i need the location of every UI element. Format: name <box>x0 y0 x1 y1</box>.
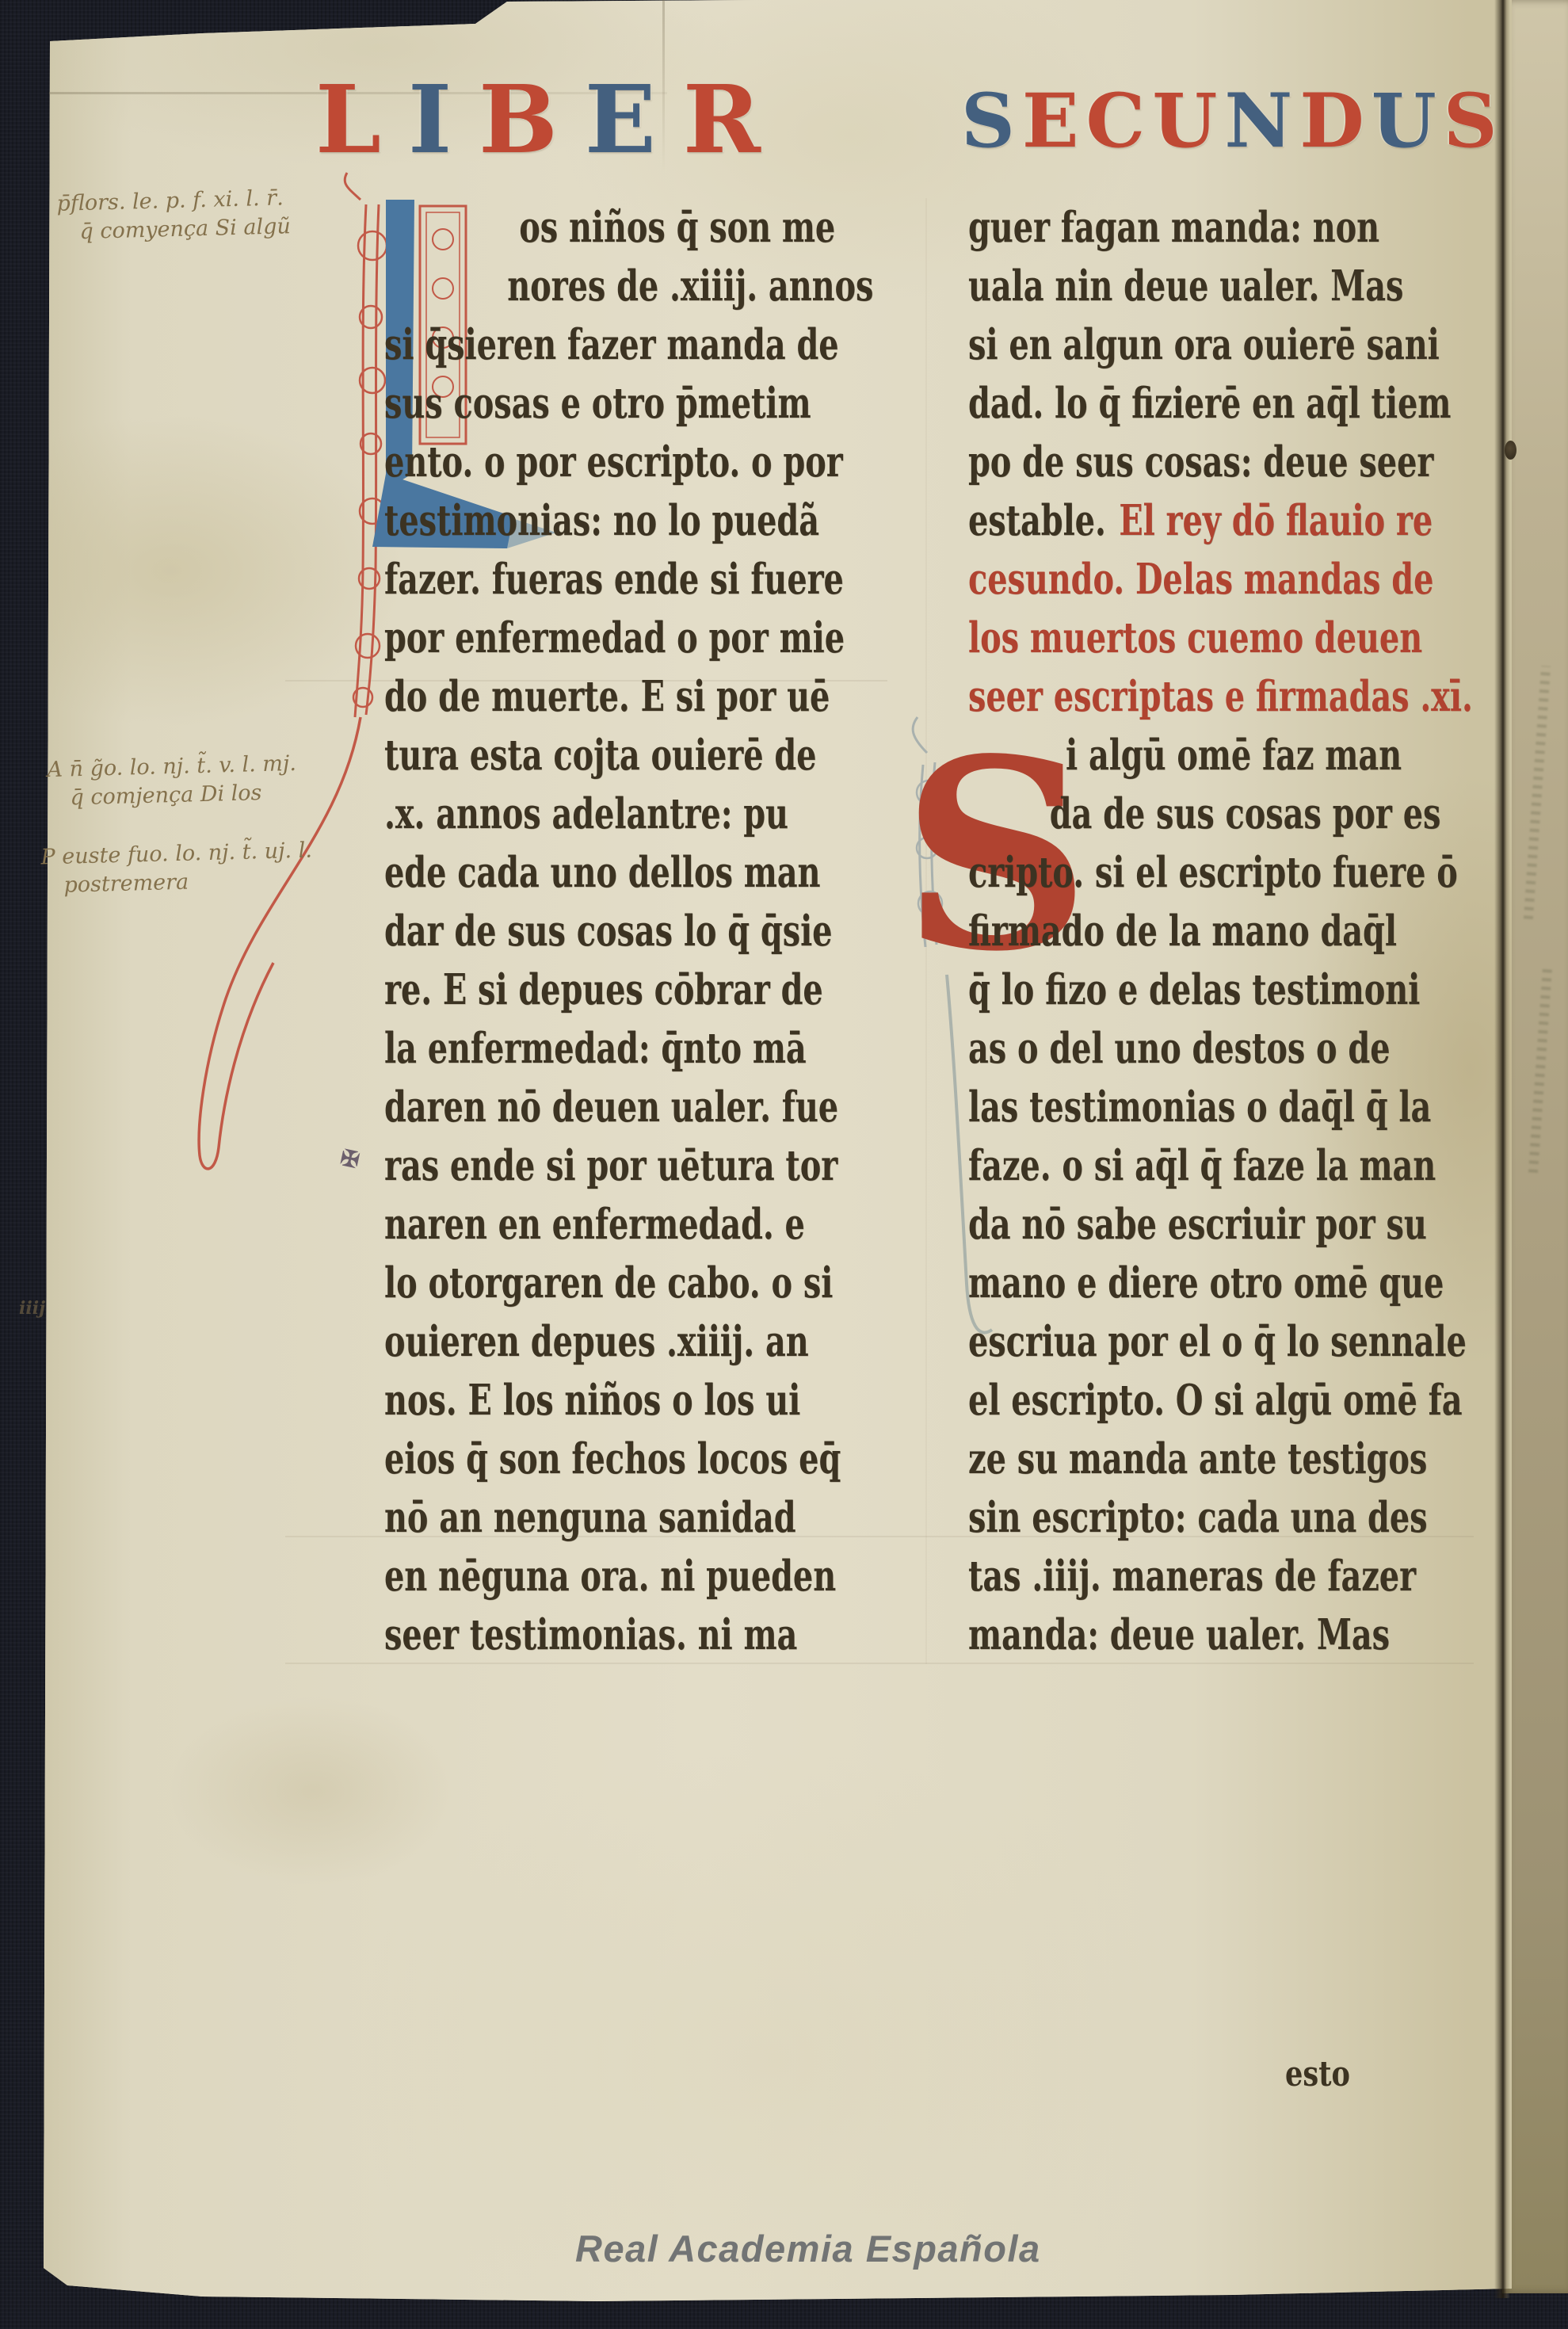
watermark-label: Real Academia Española <box>575 2227 1041 2270</box>
manuscript-line: da nō sabe escriuir por su <box>968 1195 1360 1254</box>
manuscript-line: .x. annos adelantre: pu <box>384 785 800 843</box>
manuscript-line: as o del uno destos o de <box>968 1019 1360 1078</box>
manuscript-line: do de muerte. E si por uē <box>384 667 800 726</box>
header-letter: S <box>1444 84 1497 158</box>
right-text-column: guer fagan manda: nonuala nin deue ualer… <box>968 198 1491 1664</box>
header-letter: L <box>315 73 381 166</box>
manuscript-line: tas .iiij. maneras de fazer <box>968 1547 1360 1605</box>
manuscript-line: si q̄sieren fazer manda de <box>384 315 800 374</box>
manuscript-line: nos. E los niños o los ui <box>384 1371 800 1430</box>
manuscript-line: po de sus cosas: deue seer <box>968 433 1360 491</box>
manuscript-line-mixed: estable.El rey dō flauio re <box>968 491 1360 550</box>
manuscript-line: ouieren depues .xiiij. an <box>384 1312 800 1371</box>
header-letter: D <box>1299 84 1364 158</box>
manuscript-photo: S LIBER SECUNDUS p̄flors. le. p. f. xi. … <box>0 0 1568 2329</box>
manuscript-line: naren en enfermedad. e <box>384 1195 800 1254</box>
header-letter: R <box>683 73 761 166</box>
manuscript-line: sin escripto: cada una des <box>968 1488 1360 1547</box>
manuscript-line: i algū omē faz man <box>968 726 1360 785</box>
manuscript-line: testimonias: no lo puedã <box>384 491 800 550</box>
manuscript-line: manda: deue ualer. Mas <box>968 1605 1360 1664</box>
header-letter: E <box>585 73 656 166</box>
manuscript-line: fazer. fueras ende si fuere <box>384 550 800 609</box>
manuscript-line: uala nin deue ualer. Mas <box>968 257 1360 315</box>
manuscript-line: escriua por el o q̄ lo sennale <box>968 1312 1360 1371</box>
header-letter: S <box>961 84 1015 158</box>
manuscript-line: por enfermedad o por mie <box>384 609 800 667</box>
mixed-line-black-segment: estable. <box>968 496 1106 545</box>
header-letter: E <box>1022 84 1079 158</box>
header-letter: U <box>1152 84 1217 158</box>
header-liber: LIBER <box>315 73 761 166</box>
manuscript-line: mano e diere otro omē que <box>968 1254 1360 1312</box>
manuscript-line: da de sus cosas por es <box>968 785 1360 843</box>
manuscript-line: faze. o si aq̄l q̄ faze la man <box>968 1136 1360 1195</box>
rubric-line: seer escriptas e firmadas .xī. <box>968 667 1360 726</box>
manuscript-line: el escripto. O si algū omē fa <box>968 1371 1360 1430</box>
manuscript-line: eios q̄ son fechos locos eq̄ <box>384 1430 800 1488</box>
header-letter: U <box>1372 84 1436 158</box>
margin-annotation: A n̄ g̃o. lo. nj. t̃. v. l. mj.q̄ comjen… <box>47 750 297 813</box>
header-letter: N <box>1224 84 1292 158</box>
manuscript-line: las testimonias o daq̄l q̄ la <box>968 1078 1360 1136</box>
manuscript-line: la enfermedad: q̄nto mā <box>384 1019 800 1078</box>
manuscript-line: ze su manda ante testigos <box>968 1430 1360 1488</box>
margin-annotation: P euste fuo. lo. nj. t̃. uj. l.postremer… <box>40 837 313 901</box>
margin-mark: iiij <box>19 1298 45 1319</box>
wormhole <box>1505 441 1516 460</box>
left-text-column: os niños q̄ son menores de .xiiij. annos… <box>384 198 939 1664</box>
page-gutter-shadow <box>1494 0 1510 2298</box>
manuscript-line: firmado de la mano daq̄l <box>968 902 1360 960</box>
manuscript-line: dad. lo q̄ fizierē en aq̄l tiem <box>968 374 1360 433</box>
catchword: esto <box>1285 2054 1350 2094</box>
manuscript-line: seer testimonias. ni ma <box>384 1605 800 1664</box>
manuscript-line: si en algun ora ouierē sani <box>968 315 1360 374</box>
manuscript-line: q̄ lo fizo e delas testimoni <box>968 960 1360 1019</box>
manuscript-line: en nēguna ora. ni pueden <box>384 1547 800 1605</box>
header-letter: B <box>479 73 558 166</box>
margin-annotation: p̄flors. le. p. f. xi. l. r̄.q̄ comyença… <box>56 184 291 247</box>
rubric-line: cesundo. Delas mandas de <box>968 550 1360 609</box>
manuscript-line: nō an nenguna sanidad <box>384 1488 800 1547</box>
annotation-line: q̄ comyença Si algũ <box>57 212 291 247</box>
rubric-line: los muertos cuemo deuen <box>968 609 1360 667</box>
manuscript-line: dar de sus cosas lo q̄ q̄sie <box>384 902 800 960</box>
header-letter: C <box>1086 84 1146 158</box>
manuscript-line: nores de .xiiij. annos <box>384 257 800 315</box>
manuscript-line: ede cada uno dellos man <box>384 843 800 902</box>
manuscript-line: cripto. si el escripto fuere ō <box>968 843 1360 902</box>
header-letter: I <box>408 73 452 166</box>
manuscript-line: os niños q̄ son me <box>384 198 800 257</box>
mixed-line-red-segment: El rey dō flauio re <box>1119 496 1433 545</box>
manuscript-line: sus cosas e otro p̄metim <box>384 374 800 433</box>
manuscript-line: ras ende si por uētura tor <box>384 1136 800 1195</box>
manuscript-line: re. E si depues cōbrar de <box>384 960 800 1019</box>
manuscript-line: lo otorgaren de cabo. o si <box>384 1254 800 1312</box>
manuscript-line: guer fagan manda: non <box>968 198 1360 257</box>
manuscript-line: daren nō deuen ualer. fue <box>384 1078 800 1136</box>
header-secundus: SECUNDUS <box>961 84 1497 158</box>
manuscript-line: tura esta cojta ouierē de <box>384 726 800 785</box>
manuscript-line: ento. o por escripto. o por <box>384 433 800 491</box>
